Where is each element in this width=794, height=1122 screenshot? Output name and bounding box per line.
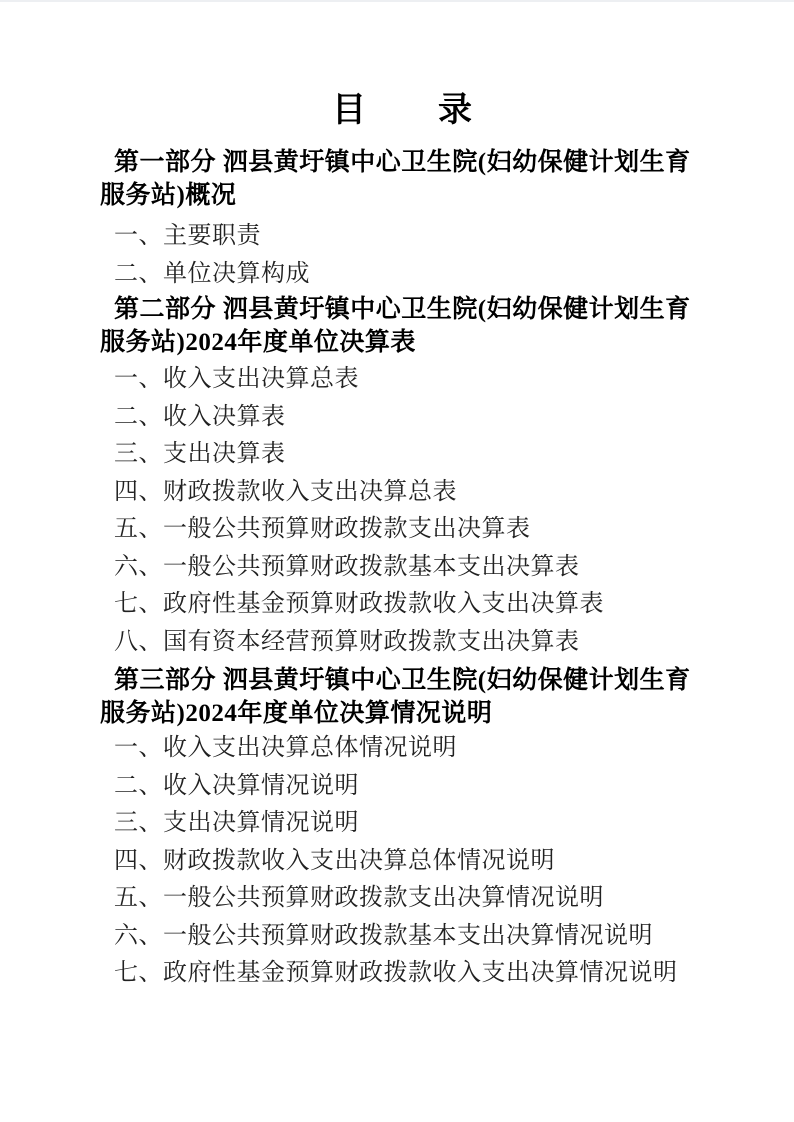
toc-item: 三、支出决算情况说明 — [100, 805, 704, 843]
section-part-3: 第三部分 泗县黄圩镇中心卫生院(妇幼保健计划生育服务站)2024年度单位决算情况… — [100, 664, 704, 993]
toc-item: 二、收入决算情况说明 — [100, 768, 704, 806]
page-top-edge — [0, 0, 794, 2]
section-item-list: 一、收入支出决算总表 二、收入决算表 三、支出决算表 四、财政拨款收入支出决算总… — [100, 361, 704, 661]
toc-item: 八、国有资本经营预算财政拨款支出决算表 — [100, 624, 704, 662]
toc-item: 六、一般公共预算财政拨款基本支出决算表 — [100, 549, 704, 587]
section-part-2: 第二部分 泗县黄圩镇中心卫生院(妇幼保健计划生育服务站)2024年度单位决算表 … — [100, 293, 704, 661]
toc-item: 四、财政拨款收入支出决算总表 — [100, 474, 704, 512]
section-item-list: 一、主要职责 二、单位决算构成 — [100, 218, 704, 293]
toc-item: 一、收入支出决算总表 — [100, 361, 704, 399]
section-item-list: 一、收入支出决算总体情况说明 二、收入决算情况说明 三、支出决算情况说明 四、财… — [100, 730, 704, 993]
section-heading: 第一部分 泗县黄圩镇中心卫生院(妇幼保健计划生育服务站)概况 — [100, 146, 704, 212]
toc-item: 三、支出决算表 — [100, 436, 704, 474]
toc-item: 二、单位决算构成 — [100, 256, 704, 294]
document-page: 目 录 第一部分 泗县黄圩镇中心卫生院(妇幼保健计划生育服务站)概况 一、主要职… — [0, 0, 794, 1122]
toc-item: 五、一般公共预算财政拨款支出决算情况说明 — [100, 880, 704, 918]
toc-item: 七、政府性基金预算财政拨款收入支出决算情况说明 — [100, 955, 704, 993]
title-char-left: 目 — [332, 90, 366, 132]
title-char-right: 录 — [438, 90, 472, 132]
section-heading: 第三部分 泗县黄圩镇中心卫生院(妇幼保健计划生育服务站)2024年度单位决算情况… — [100, 664, 704, 730]
page-title: 目 录 — [100, 0, 704, 132]
section-part-1: 第一部分 泗县黄圩镇中心卫生院(妇幼保健计划生育服务站)概况 一、主要职责 二、… — [100, 146, 704, 293]
section-heading: 第二部分 泗县黄圩镇中心卫生院(妇幼保健计划生育服务站)2024年度单位决算表 — [100, 293, 704, 359]
toc-item: 一、主要职责 — [100, 218, 704, 256]
toc-item: 六、一般公共预算财政拨款基本支出决算情况说明 — [100, 918, 704, 956]
toc-item: 一、收入支出决算总体情况说明 — [100, 730, 704, 768]
toc-item: 五、一般公共预算财政拨款支出决算表 — [100, 511, 704, 549]
toc-item: 二、收入决算表 — [100, 399, 704, 437]
toc-item: 四、财政拨款收入支出决算总体情况说明 — [100, 843, 704, 881]
toc-content: 目 录 第一部分 泗县黄圩镇中心卫生院(妇幼保健计划生育服务站)概况 一、主要职… — [0, 0, 794, 1122]
toc-item: 七、政府性基金预算财政拨款收入支出决算表 — [100, 586, 704, 624]
